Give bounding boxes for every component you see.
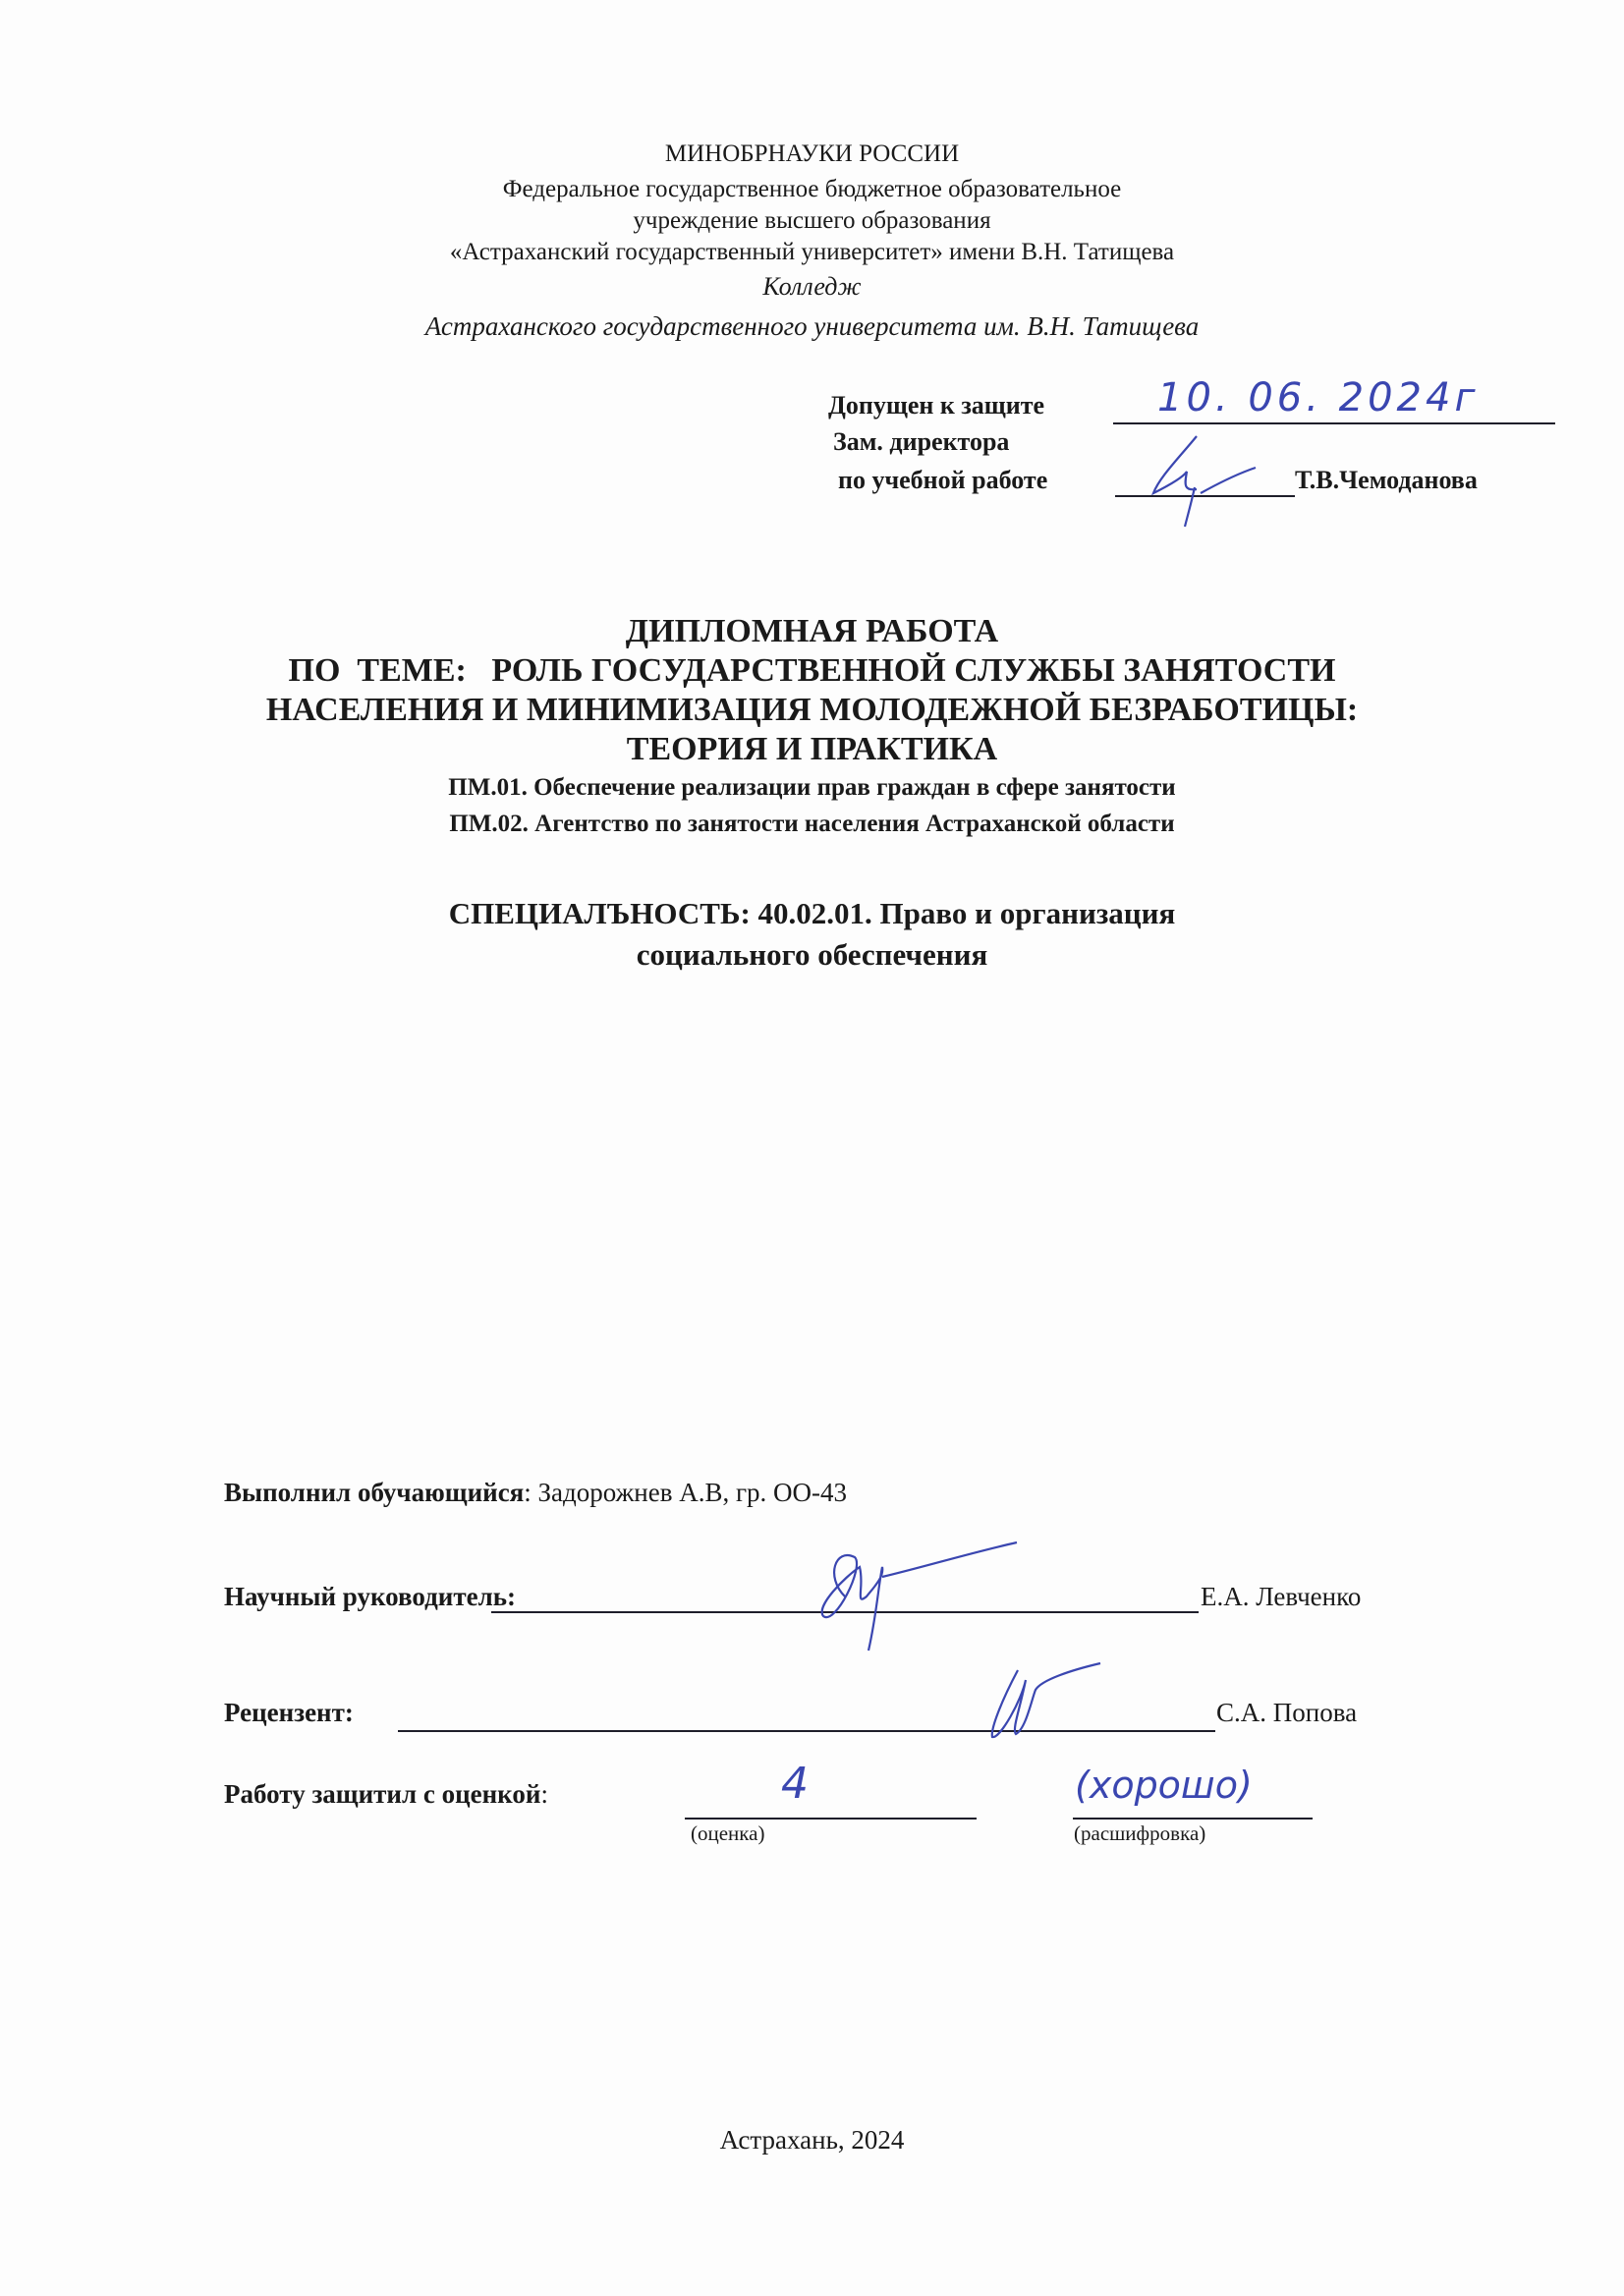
admitted-label: Допущен к защите [828, 391, 1044, 420]
supervisor-signature [806, 1538, 1032, 1655]
grade-label: Работу защитил с оценкой [224, 1779, 540, 1809]
reviewer-name: С.А. Попова [1216, 1698, 1357, 1728]
deputy-name: Т.В.Чемоданова [1295, 466, 1478, 495]
document-type: ДИПЛОМНАЯ РАБОТА [0, 613, 1624, 650]
specialty-line2: социального обеспечения [0, 935, 1624, 975]
admitted-date-handwritten: 10. 06. 2024г [1157, 375, 1479, 420]
grade-colon: : [540, 1779, 548, 1809]
grade-caption: (оценка) [691, 1821, 765, 1846]
institution-line-1: Федеральное государственное бюджетное об… [0, 175, 1624, 204]
reviewer-signature [982, 1660, 1140, 1759]
grade-handwritten: 4 [781, 1759, 809, 1809]
thesis-topic-line2: НАСЕЛЕНИЯ И МИНИМИЗАЦИЯ МОЛОДЕЖНОЙ БЕЗРА… [0, 692, 1624, 729]
specialty-line1: СПЕЦИАЛЪНОСТЬ: 40.02.01. Право и организ… [0, 894, 1624, 933]
college-label: Колледж [0, 272, 1624, 302]
admitted-date-line [1113, 422, 1555, 424]
thesis-topic-line1: ПО ТЕМЕ: РОЛЬ ГОСУДАРСТВЕННОЙ СЛУЖБЫ ЗАН… [0, 652, 1624, 690]
institution-line-2: учреждение высшего образования [0, 206, 1624, 236]
ministry-name: МИНОБРНАУКИ РОССИИ [0, 140, 1624, 169]
supervisor-label: Научный руководитель: [224, 1582, 516, 1612]
grade-text-caption: (расшифровка) [1074, 1821, 1205, 1846]
university-name: «Астраханский государственный университе… [0, 238, 1624, 267]
module-pm01: ПМ.01. Обеспечение реализации прав гражд… [0, 772, 1624, 804]
deputy-label-line1: Зам. директора [833, 427, 1009, 457]
supervisor-name: Е.А. Левченко [1201, 1582, 1361, 1612]
grade-text-line [1073, 1818, 1313, 1820]
deputy-signature [1140, 428, 1277, 527]
performer-row: Выполнил обучающийся: Задорожнев А.В, гр… [224, 1478, 847, 1508]
reviewer-label: Рецензент: [224, 1698, 354, 1728]
college-full-name: Астраханского государственного университ… [0, 311, 1624, 341]
performer-label: Выполнил обучающийся [224, 1478, 524, 1507]
module-pm02: ПМ.02. Агентство по занятости населения … [0, 809, 1624, 840]
city-year: Астрахань, 2024 [0, 2125, 1624, 2156]
thesis-topic-line3: ТЕОРИЯ И ПРАКТИКА [0, 731, 1624, 768]
performer-value: : Задорожнев А.В, гр. ОО-43 [524, 1478, 847, 1507]
grade-line [685, 1818, 977, 1820]
grade-row: Работу защитил с оценкой: [224, 1779, 548, 1810]
grade-text-handwritten: (хорошо) [1075, 1764, 1253, 1807]
deputy-label-line2: по учебной работе [838, 466, 1047, 495]
